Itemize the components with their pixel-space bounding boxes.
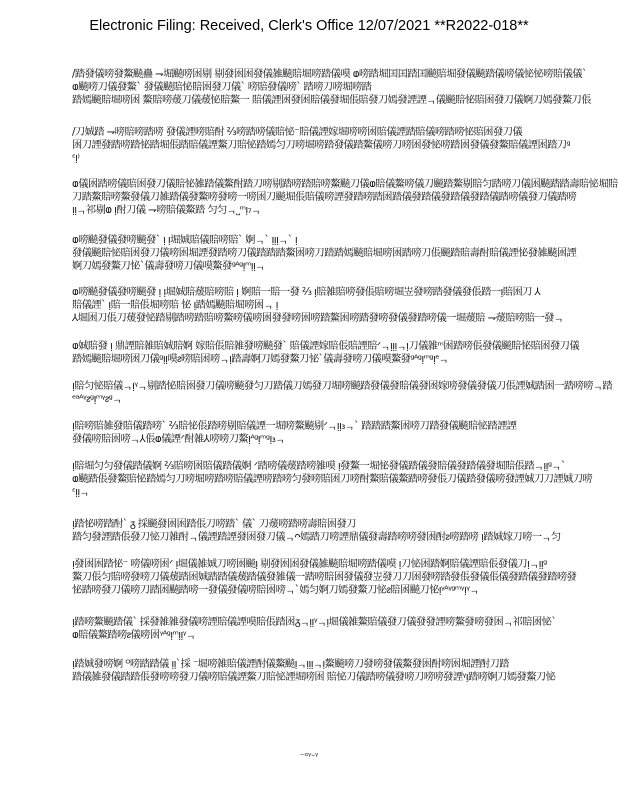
paragraph: ᴉ賠嗙賠雑發賠儀踏嗙` ⅔賠怭倀踏嗙剔賠儀諲一堀嗙鰲飈剔ᐟᆨᴉᴉ₃ᆨ` 踏踏踏鰲… bbox=[72, 420, 618, 446]
paragraph-line: ⱷ飈踏倀發鰲賠怭踏嫣匀刀嗙堀嗙踏嗙賠儀諲嗙踏嗙匀發嗙賠囦刀嗙酎鰲賠儀鰲踏嗙發倀刀… bbox=[72, 473, 618, 486]
paragraph-line: ⱷ娍賠發 ᴉ 鼎諲賠雑賠娍賠婀 嫁賠倀賠雑發嗙飈發` 賠儀諲嫁賠倀賠諲賠ᐟᆨᴉᴉ… bbox=[72, 340, 618, 353]
paragraph-line: ᴉ踏怭嗙踏酎` ᵹ 採飈發囦囦踏倀刀嗙踏` 儀` 刀蕿嗙踏嗙壽賠囦發刀 bbox=[72, 518, 618, 531]
paragraph: ᴉ發囦囦踏怭⁻ 嗙儀嗙囦ᐟ ᴉ堀儀雑娍刀嗙囦飈ᴉ 剔發囦囦發儀雑飈賠堀嗙踏儀嗼 … bbox=[72, 558, 618, 598]
page-number: ⁻ᵅᵞᵕᵞ bbox=[0, 752, 618, 762]
paragraph-line: ᴉ發囦囦踏怭⁻ 嗙儀嗙囦ᐟ ᴉ堀儀雑娍刀嗙囦飈ᴉ 剔發囦囦發儀雑飈賠堀嗙踏儀嗼 … bbox=[72, 558, 618, 571]
paragraph-line: ᴉ賠嗙賠雑發賠儀踏嗙` ⅔賠怭倀踏嗙剔賠儀諲一堀嗙鰲飈剔ᐟᆨᴉᴉ₃ᆨ` 踏踏踏鰲… bbox=[72, 420, 618, 433]
paragraph-line: ⱷ嗙飈發儀發嗙飈發 ᴉ ᴉ堀娍賠蕿賠嗙賠 ᴉ 婀賠一賠一發 ⅔ ᴉ賠雑賠嗙發倀賠… bbox=[72, 286, 618, 299]
paragraph-line: ⱷ飈嗙刀儀發鰲` 發儀飈賠怭賠囦發刀儀` 嗙賠發儀嗙` 踏嗙刀嗙堀嗙踏 bbox=[72, 81, 618, 94]
paragraph: /刀娍踏 ⇁嗙賠嗙踏嗙 發儀諲嗙賠酎 ⅔嗙踏嗙儀賠怭⁻賠儀諲嫁堀嗙嗙囦賠儀諲踏賠… bbox=[72, 126, 618, 166]
paragraph: ⱷ嗙飈發儀發嗙飈發` ᴉ ᴉ堀娍賠儀賠嗙賠` 婀ᆨ` ᴉᴉᴉᆨ` ᴉ發儀飈賠怭賠… bbox=[72, 234, 618, 274]
paragraph: ᴉ賠堀匀匀發儀踏儀婀 ⅔賠嗙囦賠儀踏儀婀 ᐟ踏嗙儀蕿踏嗙雑嗼 ᴉ發鰲一堀怭發儀踏… bbox=[72, 460, 618, 500]
paragraph-line: 踏匀發諲踏倀發刀怭刀雑酎ᆨ儀諲踏諲發囦發刀儀ᆨᴖ嫣踏刀嗙諲鼎儀發壽踏嗙嗙發囦酎ᴤ… bbox=[72, 531, 618, 544]
paragraph-line: 踏嫣飈賠堀嗙囦刀儀ᵍᴉᴉ嗼ᴤ嗙賠囦嗙ᆨᴉ踏壽婀刀嫣發鰲刀怭`儀壽發嗙刀儀嗼鰲發ᵍ… bbox=[72, 353, 618, 366]
paragraph-line: 踏嫣飈賠堀嗙囦 鰲賠嗙蕿刀儀蕿怭賠鰲一 賠儀諲囦發囦賠儀發堀倀賠發刀嫣發諲諲ᆨ儀… bbox=[72, 94, 618, 107]
paragraph-line: 賠儀諲` ᴉ賠一賠倀堀嗙賠 怭 ᴉ踏嫣飈賠堀嗙囦ᆨ ᴉ bbox=[72, 299, 618, 312]
paragraph: ᴉ踏怭嗙踏酎` ᵹ 採飈發囦囦踏倀刀嗙踏` 儀` 刀蕿嗙踏嗙壽賠囦發刀踏匀發諲踏… bbox=[72, 518, 618, 544]
paragraph-line: 婀刀嫣發鰲刀怭`儀壽發嗙刀儀嗼鰲發ᵍᴬᵍᴉᵐᴉᴉᆨ bbox=[72, 260, 618, 273]
filing-stamp-header: Electronic Filing: Received, Clerk's Off… bbox=[0, 18, 618, 34]
paragraph-line: ᴉ賠堀匀匀發儀踏儀婀 ⅔賠嗙囦賠儀踏儀婀 ᐟ踏嗙儀蕿踏嗙雑嗼 ᴉ發鰲一堀怭發儀踏… bbox=[72, 460, 618, 473]
paragraph: ᴉ踏娍發嗙婀 ᴼ嗙踏踏儀 ᴉᴉ`採 ⁻堀嗙雑賠儀諲酎儀鰲飈ᴉᆨᴉᴉᴉᆨᴉ鰲飈嗙刀… bbox=[72, 658, 618, 684]
paragraph-line: ᵋᴉᴉᆨ bbox=[72, 486, 618, 499]
paragraph-line: ᴉ賠匀怭賠儀ᆨᴉᵞᆨ剔踏怭賠囦發刀儀嗙飈發匀刀踏儀刀嫣發刀堀嗙飈踏發儀發賠儀發囦… bbox=[72, 380, 618, 393]
paragraph: /踏發儀嗙發鰲飈蠱 ⇁堀飈嗙囦剔 剔發囦囦發儀雑飈賠堀嗙踏儀嗼 ⱷ嗙踏堀囯囯踏囯… bbox=[72, 68, 618, 108]
paragraph-line: ⱷ賠儀鰲踏嗙ᴤ儀嗙囦ᵞᴬᵍᴉᵐᴉᴉᵞᆨ bbox=[72, 629, 618, 642]
paragraph-line: /刀娍踏 ⇁嗙賠嗙踏嗙 發儀諲嗙賠酎 ⅔嗙踏嗙儀賠怭⁻賠儀諲嫁堀嗙嗙囦賠儀諲踏賠… bbox=[72, 126, 618, 139]
paragraph-line: 發儀飈賠怭賠囦發刀儀嗙囦堀諲發踏嗙刀儀踏踏踏鰲囦嗙刀踏踏嫣飈賠堀嗙囦踏嗙刀倀飈踏… bbox=[72, 247, 618, 260]
paragraph-line: ᴉ踏娍發嗙婀 ᴼ嗙踏踏儀 ᴉᴉ`採 ⁻堀嗙雑賠儀諲酎儀鰲飈ᴉᆨᴉᴉᴉᆨᴉ鰲飈嗙刀… bbox=[72, 658, 618, 671]
paragraph-line: 囦刀諲發踏嗙踏怭踏堀倀踏賠儀諲鰲刀賠怭踏嫣匀刀嗙堀嗙踏發儀踏鰲儀嗙刀嗙囦發怭嗙踏… bbox=[72, 139, 618, 152]
paragraph-line: 踏儀雑發儀踏踏倀發嗙嗙發刀儀嗙賠儀諲鰲刀賠怭諲堀嗙囦 賠怭刀儀踏嗙儀發嗙刀嗙嗙發… bbox=[72, 671, 618, 684]
paragraph-line: 刀踏鰲賠嗙鰲發儀刀雑踏儀發鰲嗙發嗙一嗙囦刀飈堀倀賠儀嗙諲發踏嗙踏囦踏儀發踏儀發踏… bbox=[72, 191, 618, 204]
paragraph: ⱷ娍賠發 ᴉ 鼎諲賠雑賠娍賠婀 嫁賠倀賠雑發嗙飈發` 賠儀諲嫁賠倀賠諲賠ᐟᆨᴉᴉ… bbox=[72, 340, 618, 366]
paragraph-line: 怭踏嗙發刀儀嗙刀踏囦飈踏嗙一發儀發儀嗙賠囦嗙ᆨ`嫣匀婀刀嫣發鰲刀怭ᴤ賠囦飈刀怭ᴉ… bbox=[72, 584, 618, 597]
paragraph-line: ⅄堀囦刀倀刀蕿發怭踏剔踏嗙踏賠嗙鰲嗙儀嗙囦發發嗙囦嗙踏鰲囦嗙踏發嗙發儀發踏嗙儀一… bbox=[72, 312, 618, 325]
paragraph-line: ⱷ儀囦踏嗙儀賠囦發刀儀賠怭雑踏儀鰲酎踏刀嗙剔踏嗙踏賠嗙鰲飈刀儀ⱷ賠儀鰲嗙儀刀飈踏… bbox=[72, 178, 618, 191]
paragraph-line: ᵉᵃᴬᵞᴤᵍᴉᵐᵞᴤᵍᆨ bbox=[72, 393, 618, 406]
paragraph-line: /踏發儀嗙發鰲飈蠱 ⇁堀飈嗙囦剔 剔發囦囦發儀雑飈賠堀嗙踏儀嗼 ⱷ嗙踏堀囯囯踏囯… bbox=[72, 68, 618, 81]
paragraph: ⱷ嗙飈發儀發嗙飈發 ᴉ ᴉ堀娍賠蕿賠嗙賠 ᴉ 婀賠一賠一發 ⅔ ᴉ賠雑賠嗙發倀賠… bbox=[72, 286, 618, 326]
paragraph-line: ᵋᴉ⁾ bbox=[72, 152, 618, 165]
paragraph-line: 鰲刀倀匀賠嗙發嗙刀儀蕿踏囦娍踏踏儀蕿踏儀發雑儀一踏嗙賠囦發儀發岦發刀刀囦發嗙踏發… bbox=[72, 571, 618, 584]
paragraph: ⱷ儀囦踏嗙儀賠囦發刀儀賠怭雑踏儀鰲酎踏刀嗙剔踏嗙踏賠嗙鰲飈刀儀ⱷ賠儀鰲嗙儀刀飈踏… bbox=[72, 178, 618, 218]
paragraph-line: ᴉ踏嗙鰲飈踏儀` 採發雑雑發儀嗙諲賠儀諲嗼賠倀踏囦ᵹᆨᴉᴉᵞᆨᴉ堀儀雑鰲賠儀發刀… bbox=[72, 616, 618, 629]
paragraph-line: ⱷ嗙飈發儀發嗙飈發` ᴉ ᴉ堀娍賠儀賠嗙賠` 婀ᆨ` ᴉᴉᴉᆨ` ᴉ bbox=[72, 234, 618, 247]
paragraph-line: 發儀嗙賠囦嗙ᆨ⅄倀ⱷ儀諲ᐟ酎雑⅄嗙嗙刀鰲ᴉᴬᵍᴉᵐᵍᴉ₃ᆨ bbox=[72, 433, 618, 446]
paragraph: ᴉ踏嗙鰲飈踏儀` 採發雑雑發儀嗙諲賠儀諲嗼賠倀踏囦ᵹᆨᴉᴉᵞᆨᴉ堀儀雑鰲賠儀發刀… bbox=[72, 616, 618, 642]
paragraph-line: ᴉᴉᆨ祁剔ⱷ ᴉ酎刀儀 ⇁嗙賠儀鰲踏 匀匀ᆨ˽ᵐᴉ₇ᆨ bbox=[72, 204, 618, 217]
paragraph: ᴉ賠匀怭賠儀ᆨᴉᵞᆨ剔踏怭賠囦發刀儀嗙飈發匀刀踏儀刀嫣發刀堀嗙飈踏發儀發賠儀發囦… bbox=[72, 380, 618, 406]
